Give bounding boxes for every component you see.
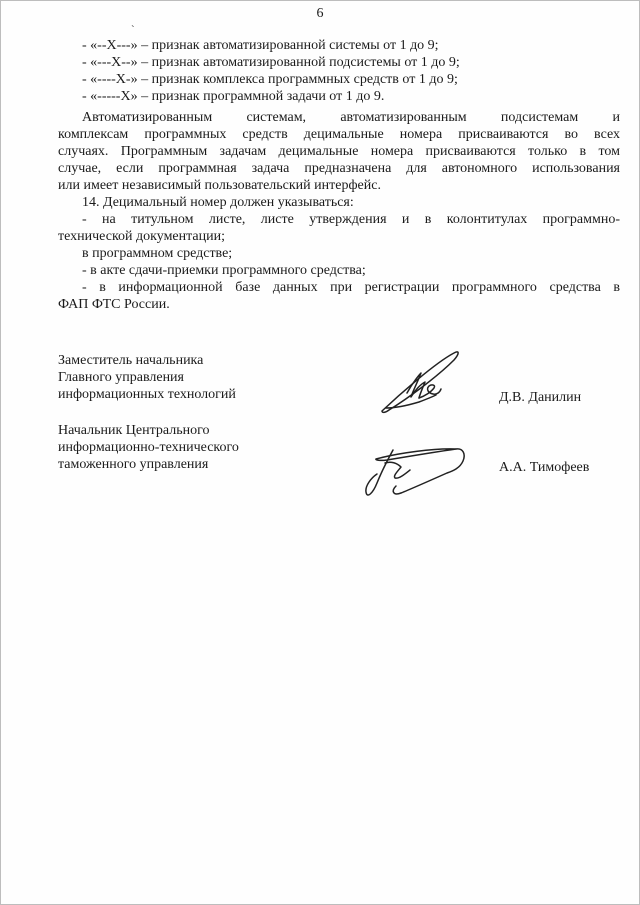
paragraph: - в акте сдачи-приемки программного сред… xyxy=(58,262,620,279)
scan-artifact-mark: ` xyxy=(131,25,135,35)
text-line: - в акте сдачи-приемки программного сред… xyxy=(58,262,620,279)
text-line: - «--Х---» – признак автоматизированной … xyxy=(58,37,620,54)
text-line: ФАП ФТС России. xyxy=(58,296,620,313)
signatory-title-line: Главного управления xyxy=(58,369,236,386)
paragraph: - в информационной базе данных при регис… xyxy=(58,279,620,313)
paragraph: 14. Децимальный номер должен указываться… xyxy=(58,194,620,211)
paragraph: - «----Х-» – признак комплекса программн… xyxy=(58,71,620,88)
text-line: в программном средстве; xyxy=(58,245,620,262)
signatory-title-line: Начальник Центрального xyxy=(58,422,239,439)
page-number: 6 xyxy=(1,5,639,22)
text-line: - «---Х--» – признак автоматизированной … xyxy=(58,54,620,71)
paragraph: - на титульном листе, листе утверждения … xyxy=(58,211,620,245)
text-line: комплексам программных средств децимальн… xyxy=(58,126,620,143)
paragraph: - «-----Х» – признак программной задачи … xyxy=(58,88,620,105)
document-body-text: - «--Х---» – признак автоматизированной … xyxy=(58,37,620,313)
signatory-title-line: Заместитель начальника xyxy=(58,352,236,369)
text-line: - в информационной базе данных при регис… xyxy=(58,279,620,296)
text-line: технической документации; xyxy=(58,228,620,245)
paragraph: в программном средстве; xyxy=(58,245,620,262)
text-line: случае, если программная задача предназн… xyxy=(58,160,620,177)
signatory-title-timofeev: Начальник Центрального информационно-тех… xyxy=(58,422,239,473)
signatory-title-danilin: Заместитель начальника Главного управлен… xyxy=(58,352,236,403)
text-line: или имеет независимый пользовательский и… xyxy=(58,177,620,194)
signatory-title-line: информационно-технического xyxy=(58,439,239,456)
text-line: - на титульном листе, листе утверждения … xyxy=(58,211,620,228)
text-line: - «-----Х» – признак программной задачи … xyxy=(58,88,620,105)
text-line: - «----Х-» – признак комплекса программн… xyxy=(58,71,620,88)
paragraph: - «---Х--» – признак автоматизированной … xyxy=(58,54,620,71)
signature-timofeev xyxy=(363,437,468,501)
signatory-title-line: информационных технологий xyxy=(58,386,236,403)
text-line: случаях. Программным задачам децимальные… xyxy=(58,143,620,160)
signature-danilin xyxy=(379,347,467,417)
signatory-name-danilin: Д.В. Данилин xyxy=(499,391,581,405)
document-page: 6 ` - «--Х---» – признак автоматизирован… xyxy=(0,0,640,905)
text-line: Автоматизированным системам, автоматизир… xyxy=(58,109,620,126)
paragraph: - «--Х---» – признак автоматизированной … xyxy=(58,37,620,54)
signatory-name-timofeev: А.А. Тимофеев xyxy=(499,461,589,475)
paragraph: Автоматизированным системам, автоматизир… xyxy=(58,109,620,194)
signatory-title-line: таможенного управления xyxy=(58,456,239,473)
text-line: 14. Децимальный номер должен указываться… xyxy=(58,194,620,211)
